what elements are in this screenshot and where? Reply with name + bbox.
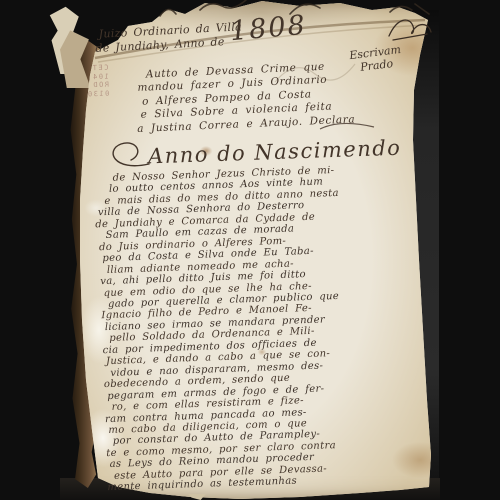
archival-stamp-mirrored: CET104ROD0130 (85, 64, 109, 99)
manuscript-content: Juizo Ordinario da Villa de Jundiahy, An… (0, 0, 500, 500)
stamp-line: 0130 (86, 89, 109, 98)
body-text: de Nosso Senhor Jezus Christo de mi-lo o… (96, 165, 349, 494)
stamp-line: CET (85, 64, 108, 73)
body-opening: Anno do Nascimendo (148, 136, 402, 169)
title-tail-flourish (318, 121, 378, 135)
scanner-background: Juizo Ordinario da Villa de Jundiahy, An… (0, 0, 500, 500)
opening-swash (103, 138, 153, 172)
stamp-line: ROD (86, 81, 109, 90)
margin-rubric-flourish (385, 14, 435, 44)
